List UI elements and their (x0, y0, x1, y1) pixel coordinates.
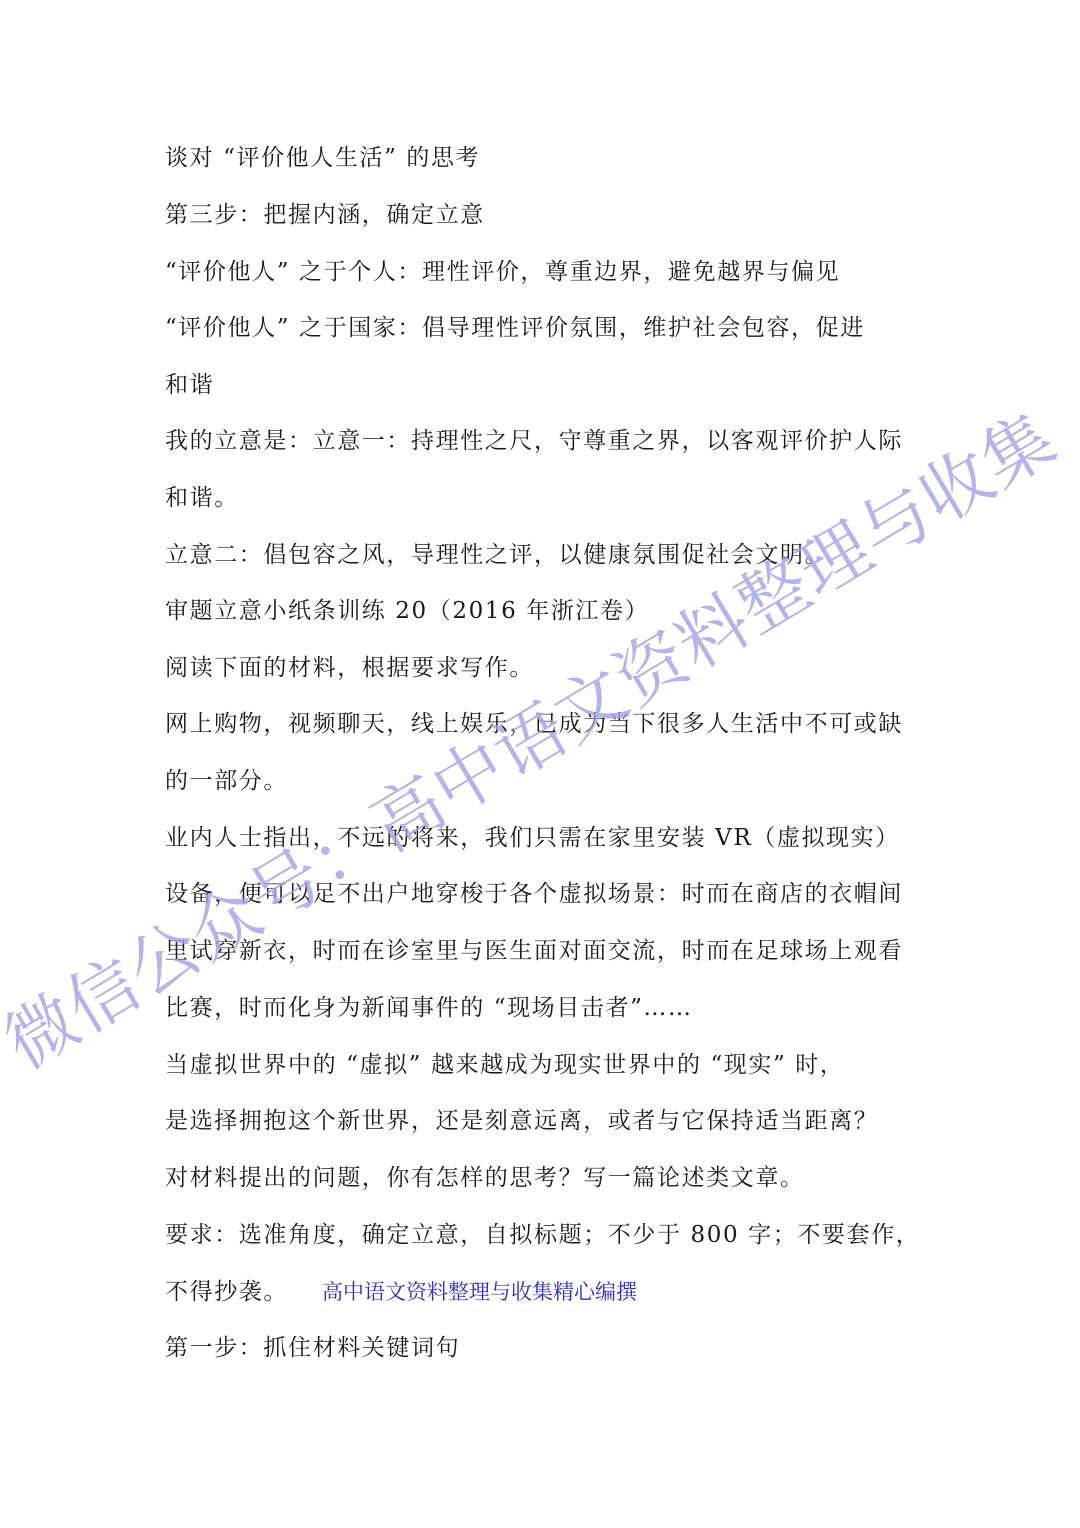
paragraph-line: 当虚拟世界中的 “虚拟” 越来越成为现实世界中的 “现实” 时， (165, 1048, 925, 1082)
requirements-line: 要求：选准角度，确定立意，自拟标题；不少于 800 字；不要套作， (165, 1218, 925, 1252)
step-one-heading: 第一步：抓住材料关键词句 (165, 1331, 925, 1365)
paragraph-line: 里试穿新衣，时而在诊室里与医生面对面交流，时而在足球场上观看 (165, 934, 925, 968)
paragraph-line: “评价他人” 之于个人：理性评价，尊重边界，避免越界与偏见 (165, 255, 925, 289)
exercise-heading: 审题立意小纸条训练 20（2016 年浙江卷） (165, 594, 925, 628)
paragraph-text: 不得抄袭。 (165, 1279, 288, 1305)
credit-note: 高中语文资料整理与收集精心编撰 (322, 1280, 637, 1304)
paragraph-line: 的一部分。 (165, 764, 925, 798)
paragraph-line: 对材料提出的问题，你有怎样的思考？写一篇论述类文章。 (165, 1161, 925, 1195)
paragraph-line: “评价他人” 之于国家：倡导理性评价氛围，维护社会包容，促进 (165, 311, 925, 345)
document-page: 谈对 “评价他人生活” 的思考 第三步：把握内涵，确定立意 “评价他人” 之于个… (0, 0, 1080, 1528)
paragraph-line: 我的立意是：立意一：持理性之尺，守尊重之界，以客观评价护人际 (165, 424, 925, 458)
paragraph-line: 立意二：倡包容之风，导理性之评，以健康氛围促社会文明。 (165, 538, 925, 572)
essay-topic-title: 谈对 “评价他人生活” 的思考 (165, 141, 925, 175)
step-three-heading: 第三步：把握内涵，确定立意 (165, 198, 925, 232)
paragraph-line: 比赛，时而化身为新闻事件的 “现场目击者”…… (165, 991, 925, 1025)
paragraph-line: 阅读下面的材料，根据要求写作。 (165, 651, 925, 685)
paragraph-line: 网上购物，视频聊天，线上娱乐，已成为当下很多人生活中不可或缺 (165, 707, 925, 741)
requirements-line-end: 不得抄袭。高中语文资料整理与收集精心编撰 (165, 1275, 925, 1309)
paragraph-line: 设备，便可以足不出户地穿梭于各个虚拟场景：时而在商店的衣帽间 (165, 877, 925, 911)
paragraph-line: 业内人士指出，不远的将来，我们只需在家里安装 VR（虚拟现实） (165, 821, 925, 855)
paragraph-line: 是选择拥抱这个新世界，还是刻意远离，或者与它保持适当距离？ (165, 1104, 925, 1138)
paragraph-line: 和谐。 (165, 481, 925, 515)
paragraph-line: 和谐 (165, 368, 925, 402)
